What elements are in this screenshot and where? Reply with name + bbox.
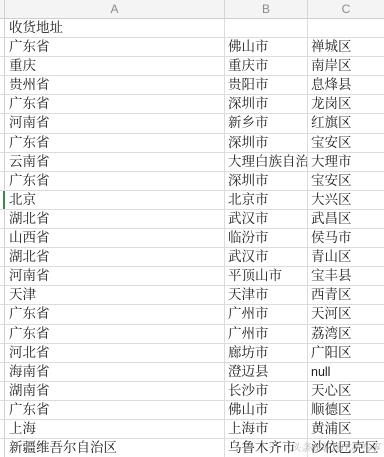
cell-district[interactable]: 沙依巴克区 xyxy=(308,439,384,457)
cell-province[interactable]: 云南省 xyxy=(5,153,225,171)
cell-province[interactable]: 贵州省 xyxy=(5,76,225,94)
cell-city[interactable]: 佛山市 xyxy=(225,38,308,56)
table-row: 云南省大理白族自治大理市 xyxy=(0,153,384,172)
cell-province[interactable]: 新疆维吾尔自治区 xyxy=(5,439,225,457)
table-row: 广东省佛山市顺德区 xyxy=(0,401,384,420)
table-row: 新疆维吾尔自治区乌鲁木齐市沙依巴克区 xyxy=(0,439,384,457)
cell-district[interactable]: 天心区 xyxy=(308,382,384,400)
table-row: 广东省深圳市宝安区 xyxy=(0,172,384,191)
cell-province[interactable]: 广东省 xyxy=(5,172,225,190)
cell-district[interactable]: 黄浦区 xyxy=(308,420,384,438)
cell-district[interactable]: 红旗区 xyxy=(308,114,384,132)
table-row: 广东省广州市荔湾区 xyxy=(0,325,384,344)
table-row: 上海上海市黄浦区 xyxy=(0,420,384,439)
cell-district[interactable]: 宝安区 xyxy=(308,172,384,190)
cell-city[interactable]: 新乡市 xyxy=(225,114,308,132)
cell-province[interactable]: 天津 xyxy=(5,286,225,304)
cell-province[interactable]: 广东省 xyxy=(5,95,225,113)
table-row: 河南省新乡市红旗区 xyxy=(0,114,384,133)
cell-city[interactable] xyxy=(225,19,308,37)
cell-city[interactable]: 武汉市 xyxy=(225,210,308,228)
cell-province[interactable]: 北京 xyxy=(5,191,225,209)
cell-city[interactable]: 重庆市 xyxy=(225,57,308,75)
table-row: 河北省廊坊市广阳区 xyxy=(0,344,384,363)
column-header-b[interactable]: B xyxy=(225,0,308,18)
column-header-c[interactable]: C xyxy=(308,0,384,18)
grid-body: 收货地址广东省佛山市禅城区重庆重庆市南岸区贵州省贵阳市息烽县广东省深圳市龙岗区河… xyxy=(0,19,384,457)
table-row: 广东省深圳市宝安区 xyxy=(0,134,384,153)
cell-district[interactable]: 侯马市 xyxy=(308,229,384,247)
cell-city[interactable]: 廊坊市 xyxy=(225,344,308,362)
cell-city[interactable]: 深圳市 xyxy=(225,172,308,190)
cell-province[interactable]: 上海 xyxy=(5,420,225,438)
cell-province[interactable]: 山西省 xyxy=(5,229,225,247)
table-row: 广东省广州市天河区 xyxy=(0,305,384,324)
table-row: 天津天津市西青区 xyxy=(0,286,384,305)
cell-district[interactable]: 宝安区 xyxy=(308,134,384,152)
table-row: 广东省佛山市禅城区 xyxy=(0,38,384,57)
cell-district[interactable]: 大理市 xyxy=(308,153,384,171)
cell-province[interactable]: 河南省 xyxy=(5,267,225,285)
cell-city[interactable]: 天津市 xyxy=(225,286,308,304)
table-row: 重庆重庆市南岸区 xyxy=(0,57,384,76)
cell-district[interactable]: 广阳区 xyxy=(308,344,384,362)
cell-province[interactable]: 湖北省 xyxy=(5,248,225,266)
cell-district[interactable]: 荔湾区 xyxy=(308,325,384,343)
table-row: 贵州省贵阳市息烽县 xyxy=(0,76,384,95)
cell-district[interactable]: 青山区 xyxy=(308,248,384,266)
cell-city[interactable]: 武汉市 xyxy=(225,248,308,266)
table-row: 湖南省长沙市天心区 xyxy=(0,382,384,401)
cell-city[interactable]: 长沙市 xyxy=(225,382,308,400)
cell-city[interactable]: 广州市 xyxy=(225,325,308,343)
table-row: 山西省临汾市侯马市 xyxy=(0,229,384,248)
table-row: 河南省平顶山市宝丰县 xyxy=(0,267,384,286)
cell-district[interactable]: 龙岗区 xyxy=(308,95,384,113)
cell-province[interactable]: 湖南省 xyxy=(5,382,225,400)
cell-province[interactable]: 广东省 xyxy=(5,305,225,323)
cell-district[interactable]: 天河区 xyxy=(308,305,384,323)
cell-district[interactable]: 禅城区 xyxy=(308,38,384,56)
cell-district[interactable] xyxy=(308,19,384,37)
cell-province[interactable]: 重庆 xyxy=(5,57,225,75)
table-row: 收货地址 xyxy=(0,19,384,38)
cell-district[interactable]: 武昌区 xyxy=(308,210,384,228)
cell-city[interactable]: 贵阳市 xyxy=(225,76,308,94)
column-header-row: A B C xyxy=(0,0,384,19)
spreadsheet: A B C 收货地址广东省佛山市禅城区重庆重庆市南岸区贵州省贵阳市息烽县广东省深… xyxy=(0,0,384,457)
table-row: 湖北省武汉市青山区 xyxy=(0,248,384,267)
cell-province[interactable]: 广东省 xyxy=(5,325,225,343)
cell-city[interactable]: 深圳市 xyxy=(225,134,308,152)
cell-city[interactable]: 平顶山市 xyxy=(225,267,308,285)
column-header-a[interactable]: A xyxy=(5,0,225,18)
table-row: 海南省澄迈县null xyxy=(0,363,384,382)
cell-province[interactable]: 海南省 xyxy=(5,363,225,381)
cell-district[interactable]: 宝丰县 xyxy=(308,267,384,285)
cell-city[interactable]: 北京市 xyxy=(225,191,308,209)
cell-city[interactable]: 大理白族自治 xyxy=(225,153,308,171)
cell-district[interactable]: 南岸区 xyxy=(308,57,384,75)
cell-district[interactable]: null xyxy=(308,363,384,381)
cell-province[interactable]: 河北省 xyxy=(5,344,225,362)
cell-city[interactable]: 广州市 xyxy=(225,305,308,323)
cell-city[interactable]: 临汾市 xyxy=(225,229,308,247)
cell-province[interactable]: 广东省 xyxy=(5,38,225,56)
cell-province[interactable]: 广东省 xyxy=(5,134,225,152)
cell-city[interactable]: 深圳市 xyxy=(225,95,308,113)
cell-city[interactable]: 澄迈县 xyxy=(225,363,308,381)
cell-city[interactable]: 乌鲁木齐市 xyxy=(225,439,308,457)
cell-province[interactable]: 广东省 xyxy=(5,401,225,419)
cell-city[interactable]: 佛山市 xyxy=(225,401,308,419)
table-row: 北京北京市大兴区 xyxy=(0,191,384,210)
cell-district[interactable]: 大兴区 xyxy=(308,191,384,209)
cell-province[interactable]: 河南省 xyxy=(5,114,225,132)
cell-province[interactable]: 收货地址 xyxy=(5,19,225,37)
cell-district[interactable]: 西青区 xyxy=(308,286,384,304)
table-row: 湖北省武汉市武昌区 xyxy=(0,210,384,229)
cell-district[interactable]: 顺德区 xyxy=(308,401,384,419)
table-row: 广东省深圳市龙岗区 xyxy=(0,95,384,114)
cell-province[interactable]: 湖北省 xyxy=(5,210,225,228)
cell-district[interactable]: 息烽县 xyxy=(308,76,384,94)
cell-city[interactable]: 上海市 xyxy=(225,420,308,438)
